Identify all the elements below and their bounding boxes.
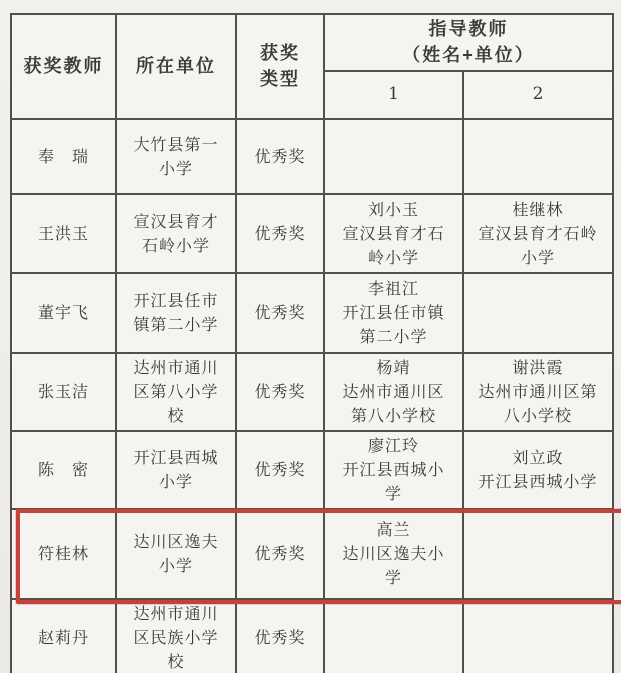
cell-award-type: 优秀奖 <box>236 599 324 673</box>
cell-unit: 开江县任市 镇第二小学 <box>116 273 236 353</box>
cell-award-type: 优秀奖 <box>236 119 324 194</box>
cell-advisor-2: 桂继林 宣汉县育才石岭 小学 <box>463 194 613 273</box>
cell-award-type: 优秀奖 <box>236 431 324 509</box>
cell-advisor-1: 杨靖 达州市通川区 第八小学校 <box>324 353 463 431</box>
cell-award-type: 优秀奖 <box>236 509 324 599</box>
cell-award-type: 优秀奖 <box>236 194 324 273</box>
table-row: 赵莉丹达州市通川 区民族小学 校优秀奖 <box>11 599 613 673</box>
cell-award-type: 优秀奖 <box>236 273 324 353</box>
cell-advisor-2: 刘立政 开江县西城小学 <box>463 431 613 509</box>
table-row: 王洪玉宣汉县育才 石岭小学优秀奖刘小玉 宣汉县育才石 岭小学桂继林 宣汉县育才石… <box>11 194 613 273</box>
cell-unit: 达州市通川 区第八小学 校 <box>116 353 236 431</box>
cell-awardee: 陈 密 <box>11 431 116 509</box>
cell-advisor-2 <box>463 599 613 673</box>
cell-advisor-1: 刘小玉 宣汉县育才石 岭小学 <box>324 194 463 273</box>
award-table-container: 获奖教师 所在单位 获奖 类型 指导教师 （姓名+单位） 1 2 奉 瑞大竹县第… <box>10 13 614 673</box>
cell-advisor-1: 高兰 达川区逸夫小 学 <box>324 509 463 599</box>
cell-awardee: 符桂林 <box>11 509 116 599</box>
table-header: 获奖教师 所在单位 获奖 类型 指导教师 （姓名+单位） 1 2 <box>11 14 613 119</box>
cell-advisor-1: 廖江玲 开江县西城小 学 <box>324 431 463 509</box>
header-unit: 所在单位 <box>116 14 236 119</box>
table-body: 奉 瑞大竹县第一 小学优秀奖王洪玉宣汉县育才 石岭小学优秀奖刘小玉 宣汉县育才石… <box>11 119 613 673</box>
header-awardee: 获奖教师 <box>11 14 116 119</box>
cell-awardee: 王洪玉 <box>11 194 116 273</box>
cell-advisor-2 <box>463 509 613 599</box>
table-row: 董宇飞开江县任市 镇第二小学优秀奖李祖江 开江县任市镇 第二小学 <box>11 273 613 353</box>
table-row: 符桂林达川区逸夫 小学优秀奖高兰 达川区逸夫小 学 <box>11 509 613 599</box>
cell-unit: 宣汉县育才 石岭小学 <box>116 194 236 273</box>
header-advisor-2: 2 <box>463 71 613 119</box>
header-advisor-1: 1 <box>324 71 463 119</box>
cell-advisor-2: 谢洪霞 达州市通川区第 八小学校 <box>463 353 613 431</box>
cell-unit: 开江县西城 小学 <box>116 431 236 509</box>
table-row: 奉 瑞大竹县第一 小学优秀奖 <box>11 119 613 194</box>
cell-unit: 达州市通川 区民族小学 校 <box>116 599 236 673</box>
cell-awardee: 赵莉丹 <box>11 599 116 673</box>
table-row: 陈 密开江县西城 小学优秀奖廖江玲 开江县西城小 学刘立政 开江县西城小学 <box>11 431 613 509</box>
header-row: 获奖教师 所在单位 获奖 类型 指导教师 （姓名+单位） <box>11 14 613 71</box>
cell-advisor-1 <box>324 599 463 673</box>
page: 获奖教师 所在单位 获奖 类型 指导教师 （姓名+单位） 1 2 奉 瑞大竹县第… <box>0 0 621 673</box>
cell-awardee: 奉 瑞 <box>11 119 116 194</box>
cell-unit: 达川区逸夫 小学 <box>116 509 236 599</box>
table-row: 张玉洁达州市通川 区第八小学 校优秀奖杨靖 达州市通川区 第八小学校谢洪霞 达州… <box>11 353 613 431</box>
header-advisors: 指导教师 （姓名+单位） <box>324 14 613 71</box>
cell-advisor-1: 李祖江 开江县任市镇 第二小学 <box>324 273 463 353</box>
cell-advisor-2 <box>463 273 613 353</box>
cell-unit: 大竹县第一 小学 <box>116 119 236 194</box>
cell-advisor-2 <box>463 119 613 194</box>
cell-award-type: 优秀奖 <box>236 353 324 431</box>
award-table: 获奖教师 所在单位 获奖 类型 指导教师 （姓名+单位） 1 2 奉 瑞大竹县第… <box>10 13 614 673</box>
cell-awardee: 张玉洁 <box>11 353 116 431</box>
header-award-type: 获奖 类型 <box>236 14 324 119</box>
cell-advisor-1 <box>324 119 463 194</box>
cell-awardee: 董宇飞 <box>11 273 116 353</box>
